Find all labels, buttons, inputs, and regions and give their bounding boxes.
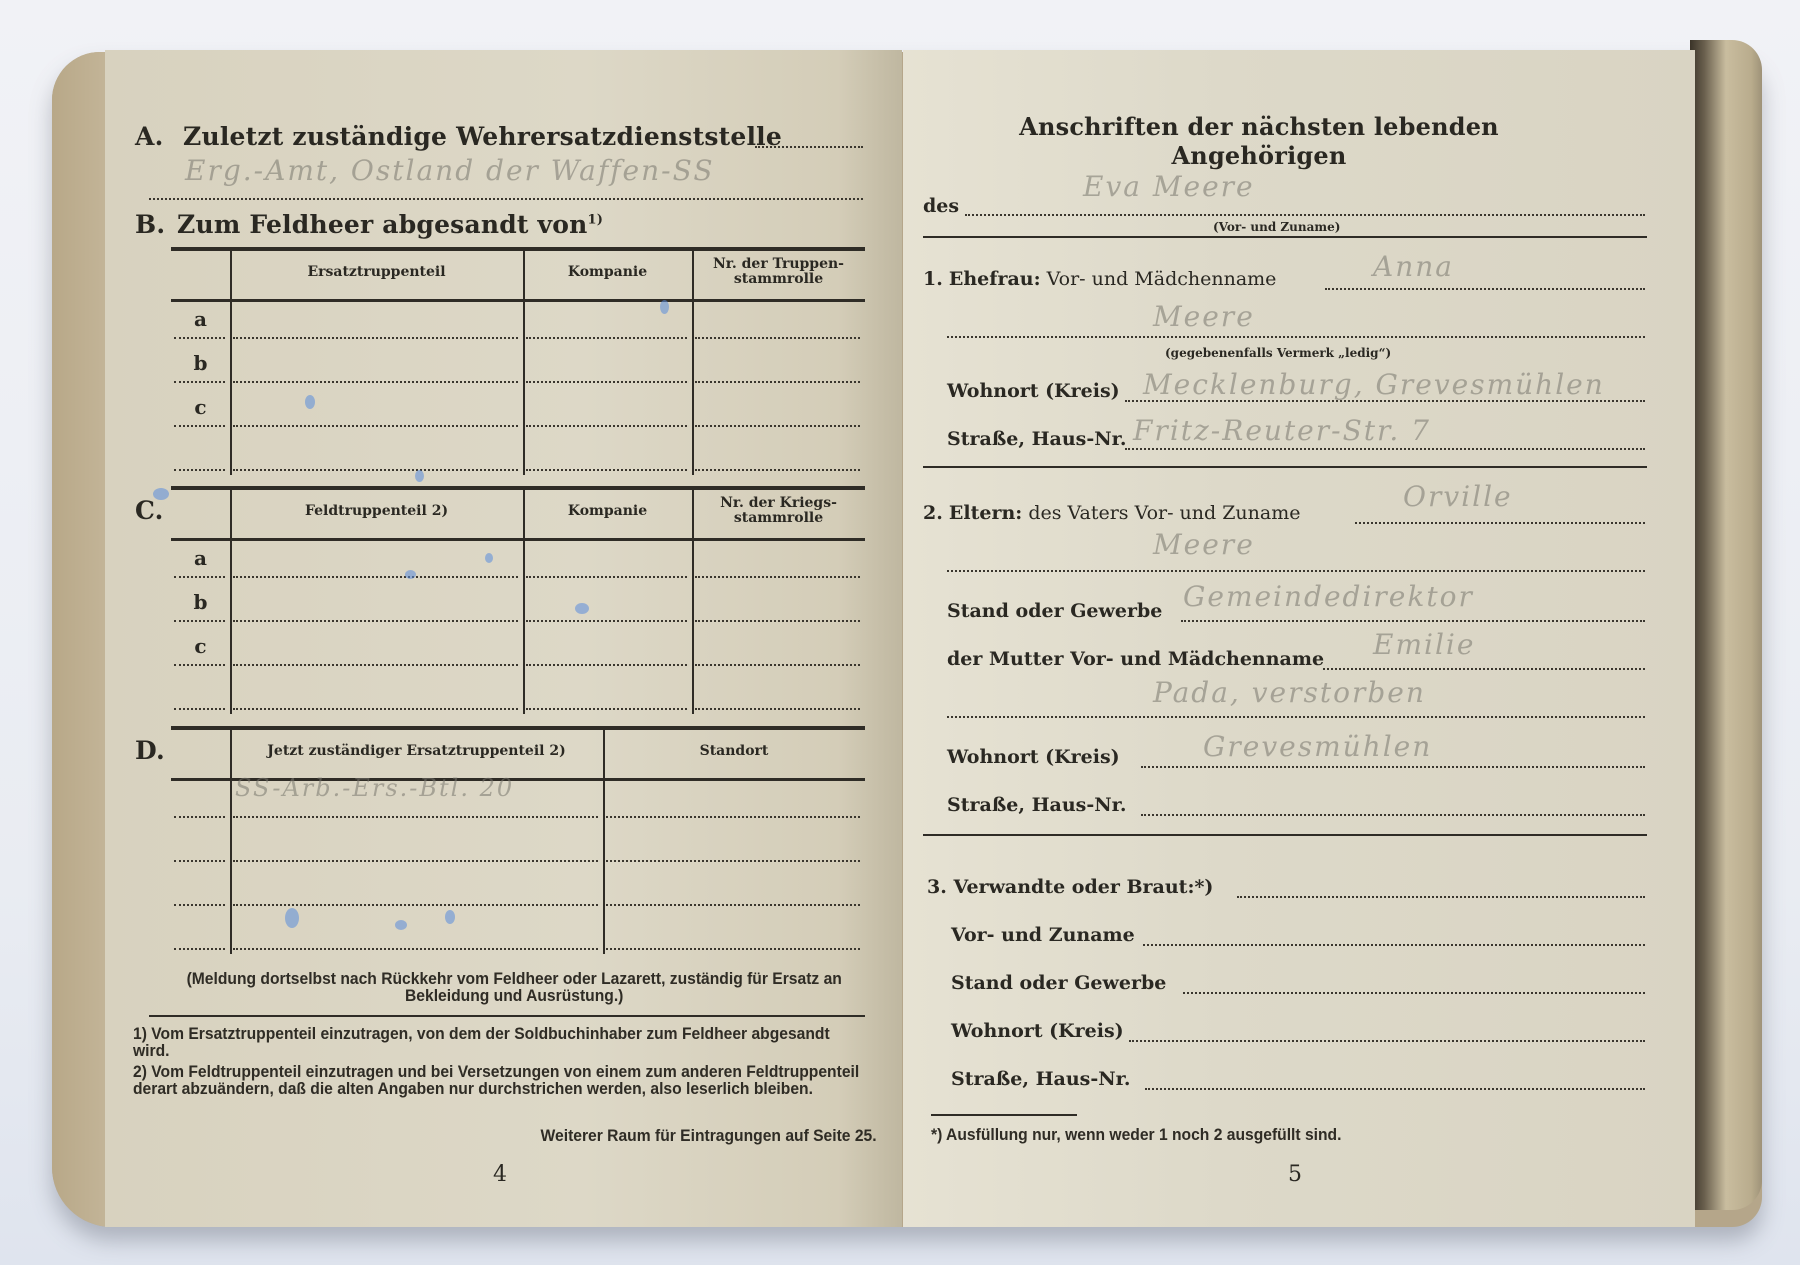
wife-name-line[interactable] bbox=[1325, 288, 1645, 290]
section-3-number: 3. bbox=[927, 876, 947, 898]
table-c: C.Feldtruppenteil 2)KompanieNr. der Krie… bbox=[171, 486, 865, 714]
relative-stand-label: Stand oder Gewerbe bbox=[951, 972, 1166, 994]
page-title: Anschriften der nächsten lebenden Angehö… bbox=[979, 112, 1539, 170]
row-dotted-line bbox=[606, 860, 860, 862]
row-dotted-line bbox=[233, 469, 518, 471]
table-d-header-0: Jetzt zuständiger Ersatztruppenteil 2) bbox=[230, 744, 603, 759]
wife-wohnort-line[interactable] bbox=[1125, 400, 1645, 402]
row-dotted-line bbox=[174, 381, 225, 383]
footnote-2: 2) Vom Feldtruppenteil einzutragen und b… bbox=[133, 1063, 869, 1097]
section-1-title: Ehefrau: bbox=[949, 268, 1041, 290]
table-c-header-1: Kompanie bbox=[523, 504, 692, 519]
footnote-1: 1) Vom Ersatztruppenteil einzutragen, vo… bbox=[133, 1025, 869, 1059]
section-a-entry-line[interactable] bbox=[149, 198, 863, 200]
section-a-line bbox=[755, 146, 863, 148]
row-dotted-line bbox=[695, 576, 860, 578]
footnote-2-text: Vom Feldtruppenteil einzutragen und bei … bbox=[133, 1062, 859, 1098]
father-name-line[interactable] bbox=[1355, 522, 1645, 524]
row-dotted-line bbox=[174, 948, 225, 950]
section-b-title-text: Zum Feldheer abgesandt von bbox=[177, 210, 588, 239]
row-dotted-line bbox=[526, 469, 687, 471]
further-space-note: Weiterer Raum für Eintragungen auf Seite… bbox=[435, 1127, 877, 1144]
row-dotted-line bbox=[174, 708, 225, 710]
row-dotted-line bbox=[174, 469, 225, 471]
table-d-header-1: Standort bbox=[603, 744, 865, 759]
relative-wohnort-label: Wohnort (Kreis) bbox=[951, 1020, 1124, 1042]
section-3-title: Verwandte oder Braut:*) bbox=[953, 876, 1213, 898]
row-dotted-line bbox=[233, 904, 598, 906]
row-dotted-line bbox=[174, 816, 225, 818]
section-b-label: B. bbox=[135, 210, 165, 239]
parents-wohnort-handwriting[interactable]: Grevesmühlen bbox=[1203, 730, 1432, 763]
section-d-note: (Meldung dortselbst nach Rückkehr vom Fe… bbox=[160, 970, 868, 1004]
section-1-number: 1. bbox=[923, 268, 943, 290]
father-stand-label: Stand oder Gewerbe bbox=[947, 600, 1162, 622]
row-dotted-line bbox=[233, 860, 598, 862]
row-dotted-line bbox=[174, 425, 225, 427]
section-1-name-label: Vor- und Mädchenname bbox=[1047, 268, 1277, 290]
section-2-heading: 2. Eltern: des Vaters Vor- und Zuname bbox=[923, 502, 1301, 524]
row-dotted-line bbox=[606, 816, 860, 818]
father-stand-handwriting[interactable]: Gemeindedirektor bbox=[1183, 580, 1474, 613]
row-dotted-line bbox=[526, 576, 687, 578]
parents-wohnort-line[interactable] bbox=[1141, 766, 1645, 768]
father-name-line2[interactable] bbox=[947, 570, 1645, 572]
row-letter-c: c bbox=[171, 634, 230, 658]
mother-name-label: der Mutter Vor- und Mädchenname bbox=[947, 648, 1324, 670]
relative-name-label: Vor- und Zuname bbox=[951, 924, 1135, 946]
row-letter-c: c bbox=[171, 395, 230, 419]
parents-strasse-line[interactable] bbox=[1141, 814, 1645, 816]
right-page: Anschriften der nächsten lebenden Angehö… bbox=[903, 50, 1695, 1227]
row-dotted-line bbox=[695, 337, 860, 339]
section-b-title: Zum Feldheer abgesandt von1) bbox=[177, 210, 603, 239]
row-dotted-line bbox=[695, 664, 860, 666]
row-letter-a: a bbox=[171, 546, 230, 570]
row-dotted-line bbox=[233, 576, 518, 578]
parents-wohnort-label: Wohnort (Kreis) bbox=[947, 746, 1120, 768]
row-dotted-line bbox=[233, 620, 518, 622]
relative-strasse-line[interactable] bbox=[1145, 1088, 1645, 1090]
row-dotted-line bbox=[606, 904, 860, 906]
table-b: ErsatztruppenteilKompanieNr. der Truppen… bbox=[171, 247, 865, 475]
row-dotted-line bbox=[174, 620, 225, 622]
wife-strasse-handwriting[interactable]: Fritz-Reuter-Str. 7 bbox=[1133, 414, 1431, 447]
row-dotted-line bbox=[695, 381, 860, 383]
row-dotted-line bbox=[174, 860, 225, 862]
father-name-label: des Vaters Vor- und Zuname bbox=[1028, 502, 1300, 524]
table-b-header-1: Kompanie bbox=[523, 265, 692, 280]
father-name-handwriting[interactable]: Orville bbox=[1403, 480, 1513, 513]
table-c-section-label: C. bbox=[135, 496, 164, 525]
row-letter-b: b bbox=[171, 590, 230, 614]
page-number-left: 4 bbox=[493, 1162, 507, 1187]
table-d: D.Jetzt zuständiger Ersatztruppenteil 2)… bbox=[171, 726, 865, 954]
row-dotted-line bbox=[233, 337, 518, 339]
table-c-top-rule bbox=[171, 486, 865, 490]
relative-stand-line[interactable] bbox=[1183, 992, 1645, 994]
row-dotted-line bbox=[233, 948, 598, 950]
section-a-handwriting[interactable]: Erg.-Amt, Ostland der Waffen-SS bbox=[185, 154, 715, 187]
section-a-label: A. bbox=[135, 122, 164, 151]
des-line[interactable] bbox=[965, 214, 1645, 216]
section-a-title: Zuletzt zuständige Wehrersatzdienststell… bbox=[183, 122, 782, 151]
row-dotted-line bbox=[695, 620, 860, 622]
section-d-handwriting[interactable]: SS-Arb.-Ers.-Btl. 20 bbox=[235, 774, 514, 802]
wife-strasse-label: Straße, Haus-Nr. bbox=[947, 428, 1126, 450]
row-dotted-line bbox=[174, 664, 225, 666]
row-dotted-line bbox=[606, 948, 860, 950]
row-dotted-line bbox=[233, 425, 518, 427]
row-dotted-line bbox=[526, 337, 687, 339]
row-dotted-line bbox=[526, 425, 687, 427]
divider-2 bbox=[923, 466, 1647, 468]
row-dotted-line bbox=[174, 904, 225, 906]
row-dotted-line bbox=[526, 620, 687, 622]
des-caption: (Vor- und Zuname) bbox=[1213, 220, 1340, 234]
wife-strasse-line[interactable] bbox=[1125, 448, 1645, 450]
row-dotted-line bbox=[233, 816, 598, 818]
footnote-divider bbox=[149, 1015, 865, 1017]
mother-name-handwriting[interactable]: Emilie bbox=[1373, 628, 1475, 661]
wife-wohnort-label: Wohnort (Kreis) bbox=[947, 380, 1120, 402]
mother-name-line[interactable] bbox=[1323, 668, 1645, 670]
divider-1 bbox=[923, 236, 1647, 238]
section-1-heading: 1. Ehefrau: Vor- und Mädchenname bbox=[923, 268, 1276, 290]
ledig-caption: (gegebenenfalls Vermerk „ledig“) bbox=[1165, 346, 1391, 360]
footnote-divider-right bbox=[931, 1114, 1077, 1116]
des-label: des bbox=[923, 195, 959, 217]
mother-name-line2-handwriting[interactable]: Pada, verstorben bbox=[1153, 676, 1426, 709]
relative-wohnort-line[interactable] bbox=[1129, 1040, 1645, 1042]
section-2-number: 2. bbox=[923, 502, 943, 524]
table-c-header-2: Nr. der Kriegs- stammrolle bbox=[692, 496, 865, 526]
row-dotted-line bbox=[233, 664, 518, 666]
relative-strasse-label: Straße, Haus-Nr. bbox=[951, 1068, 1130, 1090]
table-c-header-0: Feldtruppenteil 2) bbox=[230, 504, 523, 519]
row-dotted-line bbox=[695, 425, 860, 427]
row-dotted-line bbox=[695, 708, 860, 710]
father-name-line2-handwriting[interactable]: Meere bbox=[1153, 528, 1255, 561]
relative-name-line[interactable] bbox=[1143, 944, 1645, 946]
page-number-right: 5 bbox=[1288, 1162, 1302, 1187]
relative-line[interactable] bbox=[1237, 896, 1645, 898]
table-b-header-0: Ersatztruppenteil bbox=[230, 265, 523, 280]
des-handwriting[interactable]: Eva Meere bbox=[1083, 170, 1255, 203]
mother-name-line2[interactable] bbox=[947, 716, 1645, 718]
table-d-top-rule bbox=[171, 726, 865, 730]
section-2-title: Eltern: bbox=[949, 502, 1022, 524]
table-b-header-2: Nr. der Truppen- stammrolle bbox=[692, 257, 865, 287]
left-page: A. Zuletzt zuständige Wehrersatzdienstst… bbox=[105, 50, 902, 1227]
father-stand-line[interactable] bbox=[1181, 620, 1645, 622]
right-footnote: *) Ausfüllung nur, wenn weder 1 noch 2 a… bbox=[931, 1126, 1483, 1143]
footnote-1-text: Vom Ersatztruppenteil einzutragen, von d… bbox=[133, 1024, 830, 1060]
row-dotted-line bbox=[174, 337, 225, 339]
section-3-heading: 3. Verwandte oder Braut:*) bbox=[927, 876, 1213, 898]
table-d-section-label: D. bbox=[135, 736, 165, 765]
wife-wohnort-handwriting[interactable]: Mecklenburg, Grevesmühlen bbox=[1143, 368, 1605, 401]
row-letter-b: b bbox=[171, 351, 230, 375]
row-dotted-line bbox=[233, 381, 518, 383]
wife-name-line2-handwriting[interactable]: Meere bbox=[1153, 300, 1255, 333]
wife-name-handwriting[interactable]: Anna bbox=[1373, 250, 1454, 283]
table-b-top-rule bbox=[171, 247, 865, 251]
row-dotted-line bbox=[174, 576, 225, 578]
wife-name-line2[interactable] bbox=[947, 336, 1645, 338]
row-dotted-line bbox=[233, 708, 518, 710]
row-dotted-line bbox=[526, 708, 687, 710]
parents-strasse-label: Straße, Haus-Nr. bbox=[947, 794, 1126, 816]
row-dotted-line bbox=[526, 664, 687, 666]
divider-3 bbox=[923, 834, 1647, 836]
row-dotted-line bbox=[526, 381, 687, 383]
footnote-ref-1: 1) bbox=[588, 213, 604, 228]
row-letter-a: a bbox=[171, 307, 230, 331]
row-dotted-line bbox=[695, 469, 860, 471]
page-stack-edge bbox=[1690, 40, 1762, 1210]
